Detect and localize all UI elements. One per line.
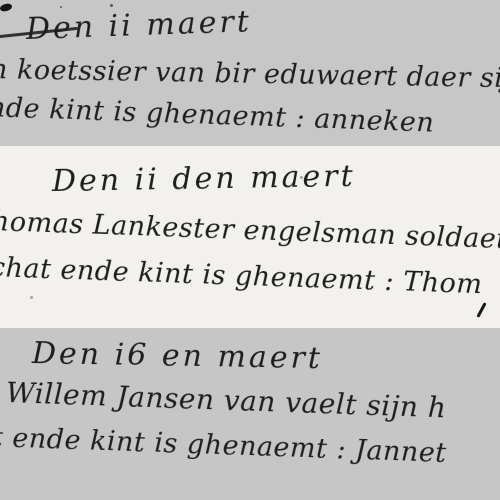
entry-1-name-line: nde kint is ghenaemt : anneken xyxy=(0,92,435,139)
ink-blot xyxy=(0,3,13,13)
entry-2-date-line: Den ii den maert xyxy=(52,159,356,199)
entry-3-text-line: Willem Jansen van vaelt sijn h xyxy=(5,376,446,424)
register-entry-3: Den i6 en maert Willem Jansen van vaelt … xyxy=(0,328,500,500)
manuscript-scan: Den ii maert n koetssier van bir eduwaer… xyxy=(0,0,500,500)
entry-3-name-line: t ende kint is ghenaemt : Jannet xyxy=(0,422,447,469)
entry-2-name-line: chat ende kint is ghenaemt : Thom xyxy=(0,252,483,300)
entry-3-date-line: Den i6 en maert xyxy=(32,336,324,376)
register-entry-2-highlighted: Den ii den maert homas Lankester engelsm… xyxy=(0,146,500,328)
cutoff-pen-stroke xyxy=(476,302,486,318)
register-entry-1: Den ii maert n koetssier van bir eduwaer… xyxy=(0,0,500,146)
entry-2-text-line: homas Lankester engelsman soldaet sijn l… xyxy=(0,206,500,258)
entry-1-text-line: n koetssier van bir eduwaert daer sijn h xyxy=(0,54,500,95)
ink-speck xyxy=(30,296,33,299)
entry-1-date-line: Den ii maert xyxy=(25,4,252,47)
ink-speck xyxy=(60,6,62,8)
ink-speck xyxy=(110,4,113,7)
